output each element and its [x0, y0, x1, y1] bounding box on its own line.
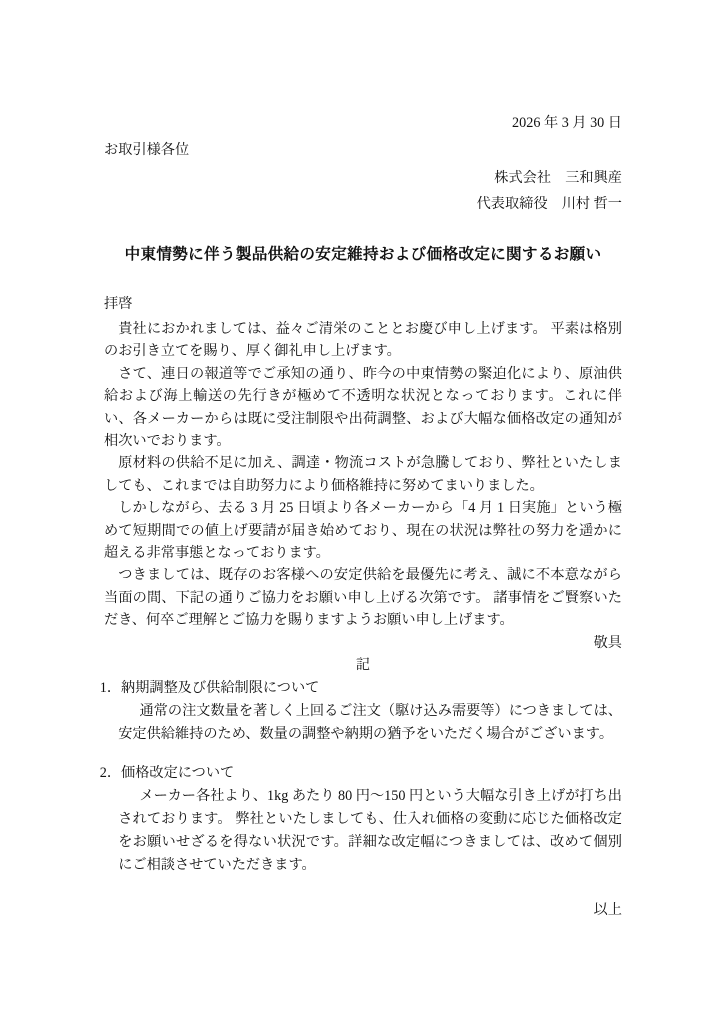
business-letter-page: 2026 年 3 月 30 日 お取引様各位 株式会社 三和興産 代表取締役 川… [0, 0, 724, 1024]
recipient-line: お取引様各位 [104, 141, 622, 159]
sender-name: 代表取締役 川村 哲一 [104, 191, 622, 217]
notice-item-1-body: 通常の注文数量を著しく上回るご注文（駆け込み需要等）につきましては、安定供給維持… [118, 700, 622, 746]
notice-item-2-heading: 2．価格改定について [100, 762, 622, 785]
body-paragraph-5: つきましては、既存のお客様への安定供給を最優先に考え、誠に不本意ながら当面の間、… [104, 564, 622, 631]
sender-block: 株式会社 三和興産 代表取締役 川村 哲一 [104, 165, 622, 217]
notice-item-1-heading: 1．納期調整及び供給制限について [100, 677, 622, 700]
salutation: 拝啓 [104, 295, 622, 313]
letter-body: 貴社におかれましては、益々ご清栄のこととお慶び申し上げます。 平素は格別のお引き… [104, 318, 622, 632]
notice-item-1: 1．納期調整及び供給制限について 通常の注文数量を著しく上回るご注文（駆け込み需… [104, 677, 622, 746]
notice-item-2: 2．価格改定について メーカー各社より、1kg あたり 80 円～150 円とい… [104, 762, 622, 877]
sender-company: 株式会社 三和興産 [104, 165, 622, 191]
body-paragraph-2: さて、連日の報道等でご承知の通り、昨今の中東情勢の緊迫化により、原油供給および海… [104, 363, 622, 453]
notice-item-2-body: メーカー各社より、1kg あたり 80 円～150 円という大幅な引き上げが打ち… [118, 785, 622, 877]
body-paragraph-4: しかしながら、去る 3 月 25 日頃より各メーカーから「4 月 1 日実施」と… [104, 497, 622, 564]
body-paragraph-3: 原材料の供給不足に加え、調達・物流コストが急騰しており、弊社といたしましても、こ… [104, 452, 622, 497]
document-date: 2026 年 3 月 30 日 [104, 114, 622, 132]
end-marker: 以上 [104, 899, 622, 921]
document-title: 中東情勢に伴う製品供給の安定維持および価格改定に関するお願い [104, 245, 622, 265]
closing-word: 敬具 [104, 632, 622, 654]
body-paragraph-1: 貴社におかれましては、益々ご清栄のこととお慶び申し上げます。 平素は格別のお引き… [104, 318, 622, 363]
record-marker: 記 [104, 654, 622, 676]
